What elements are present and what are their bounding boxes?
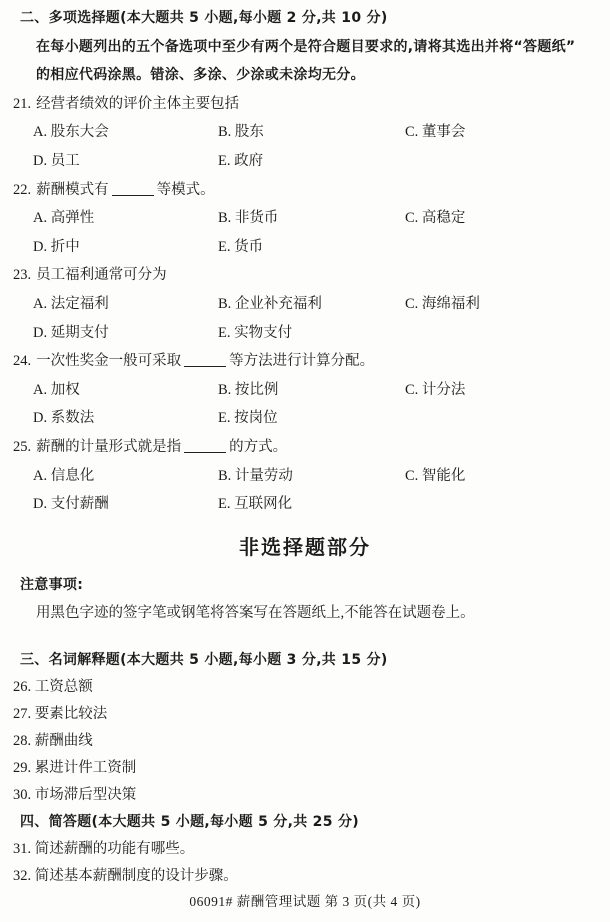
question-24-text-before: 一次性奖金一般可采取 bbox=[36, 353, 181, 369]
question-23-stem: 23.员工福利通常可分为 bbox=[0, 261, 610, 290]
definition-item-28: 28. 薪酬曲线 bbox=[0, 728, 610, 755]
question-21-number: 21. bbox=[13, 96, 31, 112]
section-3-heading: 三、名词解释题(本大题共 5 小题,每小题 3 分,共 15 分) bbox=[0, 647, 610, 674]
question-25-text-before: 薪酬的计量形式就是指 bbox=[36, 439, 181, 455]
option-21-e: E. 政府 bbox=[218, 147, 405, 176]
notice-label: 注意事项: bbox=[0, 571, 610, 600]
section-2-heading: 二、多项选择题(本大题共 5 小题,每小题 2 分,共 10 分) bbox=[0, 4, 610, 33]
definition-item-27: 27. 要素比较法 bbox=[0, 701, 610, 728]
fill-in-blank bbox=[184, 352, 226, 367]
option-23-a: A. 法定福利 bbox=[33, 290, 218, 319]
question-22-options-row-2: D. 折中 E. 货币 bbox=[0, 233, 610, 262]
option-21-d: D. 员工 bbox=[33, 147, 218, 176]
option-21-c: C. 董事会 bbox=[405, 118, 610, 147]
question-21-text: 经营者绩效的评价主体主要包括 bbox=[36, 96, 239, 112]
question-21-options-row-2: D. 员工 E. 政府 bbox=[0, 147, 610, 176]
question-24-options-row-2: D. 系数法 E. 按岗位 bbox=[0, 404, 610, 433]
question-25-stem: 25.薪酬的计量形式就是指的方式。 bbox=[0, 433, 610, 462]
fill-in-blank bbox=[184, 438, 226, 453]
question-25-options-row-1: A. 信息化 B. 计量劳动 C. 智能化 bbox=[0, 462, 610, 491]
fill-in-blank bbox=[112, 181, 154, 196]
definition-item-30: 30. 市场滞后型决策 bbox=[0, 782, 610, 809]
option-21-a: A. 股东大会 bbox=[33, 118, 218, 147]
question-24-stem: 24.一次性奖金一般可采取等方法进行计算分配。 bbox=[0, 347, 610, 376]
option-23-d: D. 延期支付 bbox=[33, 319, 218, 348]
option-25-a: A. 信息化 bbox=[33, 462, 218, 491]
option-23-e: E. 实物支付 bbox=[218, 319, 405, 348]
question-22-number: 22. bbox=[13, 182, 31, 198]
option-24-e: E. 按岗位 bbox=[218, 404, 405, 433]
mc-instructions-line-2: 的相应代码涂黑。错涂、多涂、少涂或未涂均无分。 bbox=[0, 61, 610, 90]
question-24-number: 24. bbox=[13, 353, 31, 369]
option-24-c: C. 计分法 bbox=[405, 376, 610, 405]
non-choice-section-title: 非选择题部分 bbox=[0, 527, 610, 567]
short-answer-item-32: 32. 简述基本薪酬制度的设计步骤。 bbox=[0, 863, 610, 890]
option-25-d: D. 支付薪酬 bbox=[33, 490, 218, 519]
definition-item-29: 29. 累进计件工资制 bbox=[0, 755, 610, 782]
question-23-text: 员工福利通常可分为 bbox=[36, 267, 167, 283]
short-answer-item-31: 31. 简述薪酬的功能有哪些。 bbox=[0, 836, 610, 863]
page-footer: 06091# 薪酬管理试题 第 3 页(共 4 页) bbox=[0, 890, 610, 910]
question-22-options-row-1: A. 高弹性 B. 非货币 C. 高稳定 bbox=[0, 204, 610, 233]
option-22-c: C. 高稳定 bbox=[405, 204, 610, 233]
question-22-text-before: 薪酬模式有 bbox=[36, 182, 109, 198]
option-24-b: B. 按比例 bbox=[218, 376, 405, 405]
question-25-number: 25. bbox=[13, 439, 31, 455]
definition-item-26: 26. 工资总额 bbox=[0, 674, 610, 701]
option-22-d: D. 折中 bbox=[33, 233, 218, 262]
exam-page: 二、多项选择题(本大题共 5 小题,每小题 2 分,共 10 分) 在每小题列出… bbox=[0, 0, 610, 922]
option-21-b: B. 股东 bbox=[218, 118, 405, 147]
question-23-number: 23. bbox=[13, 267, 31, 283]
option-24-d: D. 系数法 bbox=[33, 404, 218, 433]
question-23-options-row-1: A. 法定福利 B. 企业补充福利 C. 海绵福利 bbox=[0, 290, 610, 319]
question-24-options-row-1: A. 加权 B. 按比例 C. 计分法 bbox=[0, 376, 610, 405]
option-24-a: A. 加权 bbox=[33, 376, 218, 405]
question-25-text-after: 的方式。 bbox=[229, 439, 287, 455]
question-22-text-after: 等模式。 bbox=[157, 182, 215, 198]
question-21-options-row-1: A. 股东大会 B. 股东 C. 董事会 bbox=[0, 118, 610, 147]
question-24-text-after: 等方法进行计算分配。 bbox=[229, 353, 374, 369]
notice-text: 用黑色字迹的签字笔或钢笔将答案写在答题纸上,不能答在试题卷上。 bbox=[0, 599, 610, 628]
option-22-a: A. 高弹性 bbox=[33, 204, 218, 233]
option-23-b: B. 企业补充福利 bbox=[218, 290, 405, 319]
option-23-c: C. 海绵福利 bbox=[405, 290, 610, 319]
option-22-e: E. 货币 bbox=[218, 233, 405, 262]
question-25-options-row-2: D. 支付薪酬 E. 互联网化 bbox=[0, 490, 610, 519]
question-23-options-row-2: D. 延期支付 E. 实物支付 bbox=[0, 319, 610, 348]
option-25-b: B. 计量劳动 bbox=[218, 462, 405, 491]
question-22-stem: 22.薪酬模式有等模式。 bbox=[0, 176, 610, 205]
option-25-c: C. 智能化 bbox=[405, 462, 610, 491]
question-21-stem: 21.经营者绩效的评价主体主要包括 bbox=[0, 90, 610, 119]
option-25-e: E. 互联网化 bbox=[218, 490, 405, 519]
option-22-b: B. 非货币 bbox=[218, 204, 405, 233]
section-4-heading: 四、简答题(本大题共 5 小题,每小题 5 分,共 25 分) bbox=[0, 809, 610, 836]
mc-instructions-line-1: 在每小题列出的五个备选项中至少有两个是符合题目要求的,请将其选出并将“答题纸” bbox=[0, 33, 610, 62]
